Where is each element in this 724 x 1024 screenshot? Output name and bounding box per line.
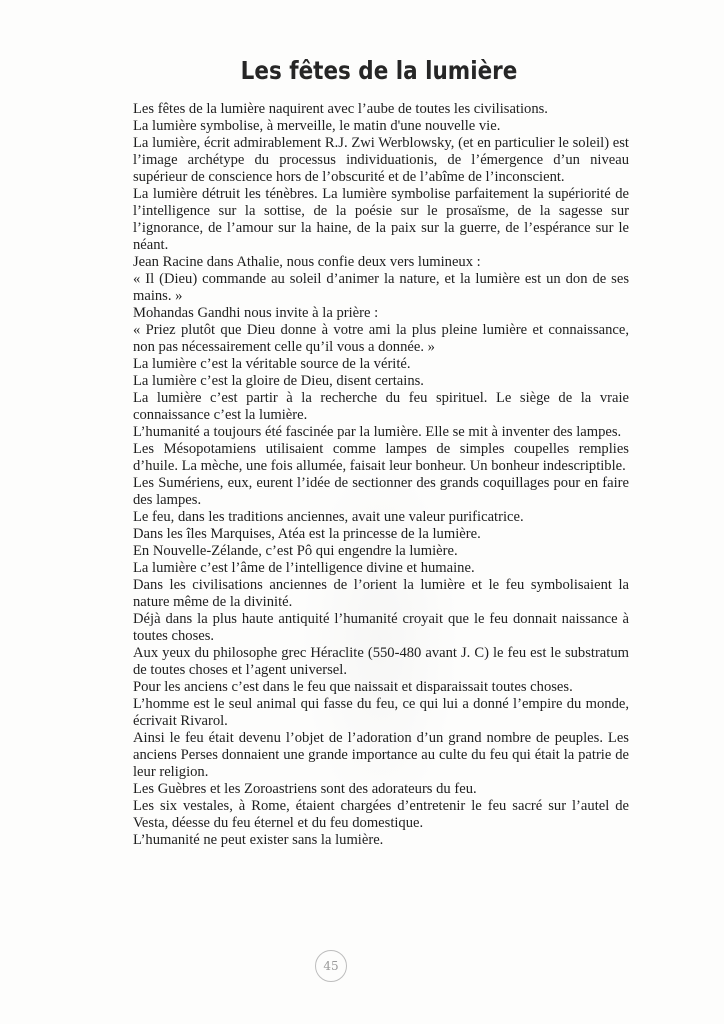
paragraph: La lumière, écrit admirablement R.J. Zwi… <box>133 135 629 186</box>
quote-gandhi: « Priez plutôt que Dieu donne à votre am… <box>133 322 629 356</box>
paragraph: Dans les îles Marquises, Atéa est la pri… <box>133 526 629 543</box>
handwritten-page-number: 45 <box>315 950 347 982</box>
paragraph: Jean Racine dans Athalie, nous confie de… <box>133 254 629 271</box>
document-body: Les fêtes de la lumière naquirent avec l… <box>133 101 629 849</box>
paragraph: Les Guèbres et les Zoroastriens sont des… <box>133 781 629 798</box>
paragraph: Les six vestales, à Rome, étaient chargé… <box>133 798 629 832</box>
paragraph: En Nouvelle-Zélande, c’est Pô qui engend… <box>133 543 629 560</box>
paragraph: Dans les civilisations anciennes de l’or… <box>133 577 629 611</box>
paragraph: L’humanité ne peut exister sans la lumiè… <box>133 832 629 849</box>
paragraph: Les fêtes de la lumière naquirent avec l… <box>133 101 629 118</box>
paragraph: Aux yeux du philosophe grec Héraclite (5… <box>133 645 629 679</box>
paragraph: Les Sumériens, eux, eurent l’idée de sec… <box>133 475 629 509</box>
paragraph: Le feu, dans les traditions anciennes, a… <box>133 509 629 526</box>
paragraph: La lumière c’est partir à la recherche d… <box>133 390 629 424</box>
paragraph: Déjà dans la plus haute antiquité l’huma… <box>133 611 629 645</box>
paragraph: Ainsi le feu était devenu l’objet de l’a… <box>133 730 629 781</box>
paragraph: Les Mésopotamiens utilisaient comme lamp… <box>133 441 629 475</box>
paragraph: La lumière c’est la gloire de Dieu, dise… <box>133 373 629 390</box>
paragraph: Mohandas Gandhi nous invite à la prière … <box>133 305 629 322</box>
quote-racine: « Il (Dieu) commande au soleil d’animer … <box>133 271 629 305</box>
paragraph: La lumière c’est la véritable source de … <box>133 356 629 373</box>
paragraph: Pour les anciens c’est dans le feu que n… <box>133 679 629 696</box>
paragraph: L’humanité a toujours été fascinée par l… <box>133 424 629 441</box>
paragraph: L’homme est le seul animal qui fasse du … <box>133 696 629 730</box>
paragraph: La lumière symbolise, à merveille, le ma… <box>133 118 629 135</box>
page-title: Les fêtes de la lumière <box>53 56 705 85</box>
paragraph: La lumière c’est l’âme de l’intelligence… <box>133 560 629 577</box>
paragraph: La lumière détruit les ténèbres. La lumi… <box>133 186 629 254</box>
